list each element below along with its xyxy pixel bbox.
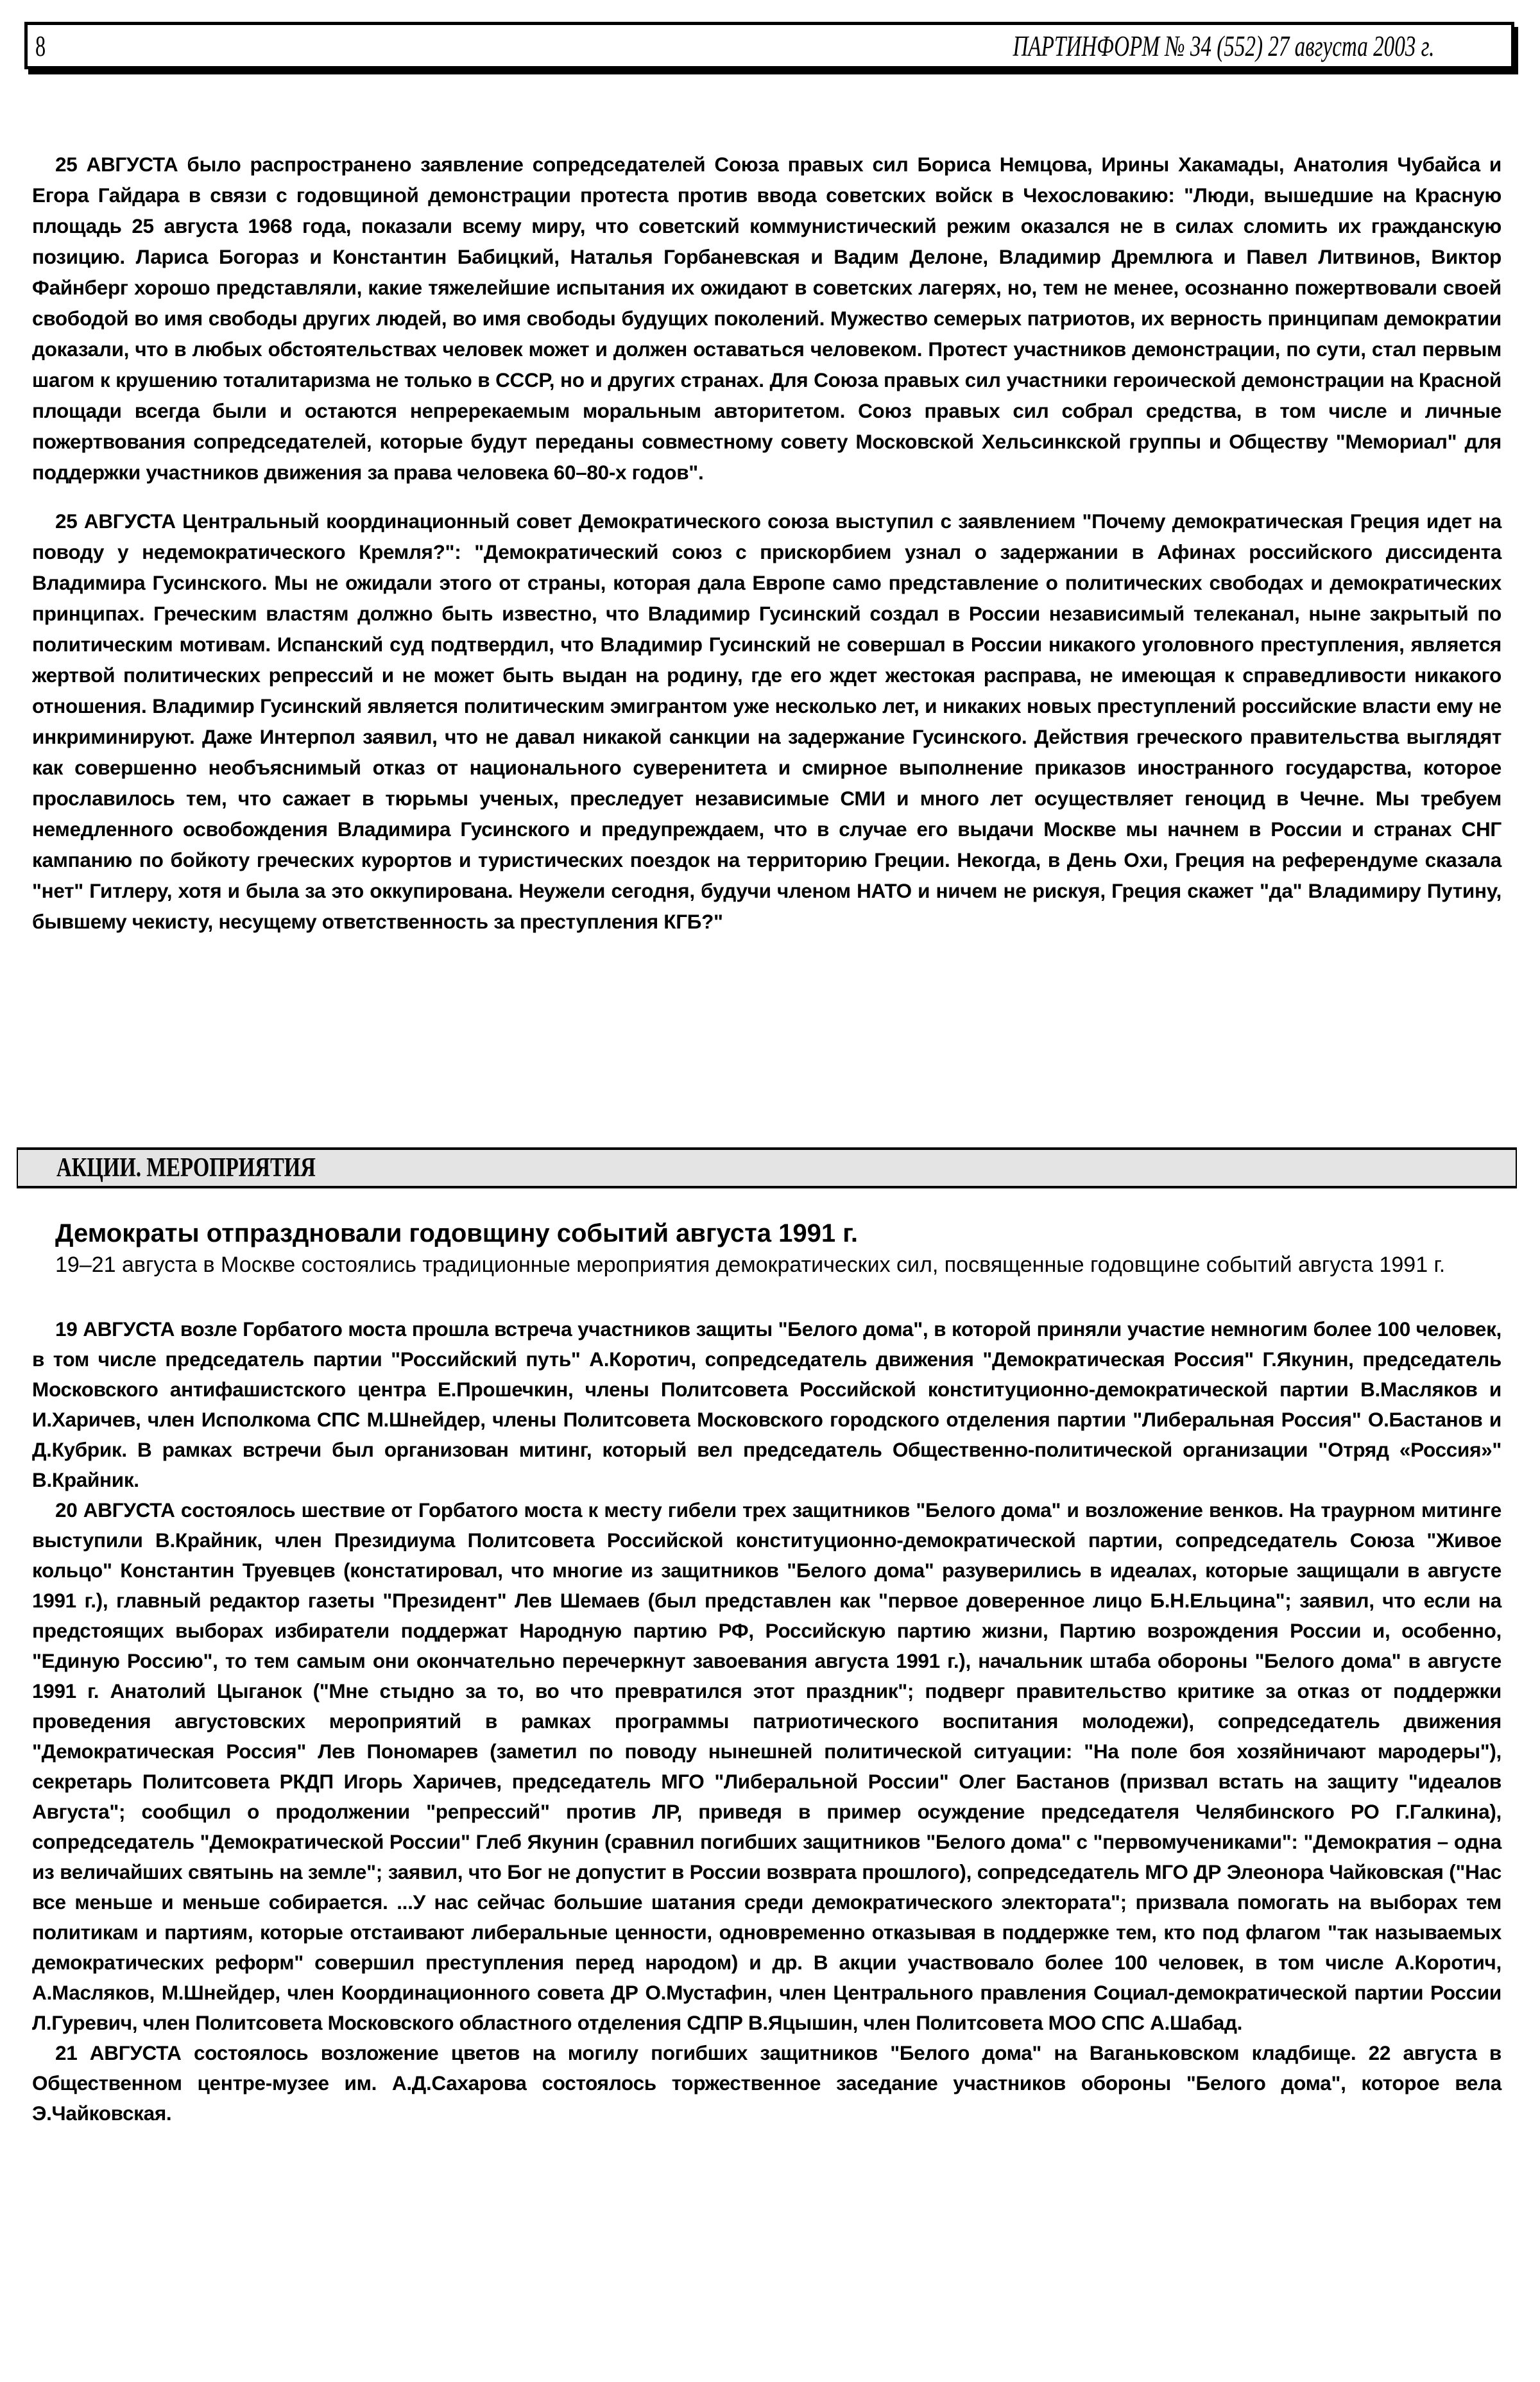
article-body: 19 АВГУСТА возле Горбатого моста прошла … bbox=[32, 1314, 1502, 2129]
section-header: АКЦИИ. МЕРОПРИЯТИЯ bbox=[17, 1147, 1517, 1188]
article-paragraph: 21 АВГУСТА состоялось возложение цветов … bbox=[32, 2038, 1502, 2129]
issue-line: ПАРТИНФОРМ № 34 (552) 27 августа 2003 г. bbox=[1013, 29, 1434, 63]
article-lede: 19–21 августа в Москве состоялись традиц… bbox=[32, 1250, 1502, 1280]
page-number: 8 bbox=[35, 29, 46, 63]
article-paragraph: 19 АВГУСТА возле Горбатого моста прошла … bbox=[32, 1314, 1502, 1495]
page-header: 8 ПАРТИНФОРМ № 34 (552) 27 августа 2003 … bbox=[24, 22, 1514, 69]
news-block: 25 АВГУСТА было распространено заявление… bbox=[32, 149, 1502, 937]
paragraph-sps-statement: 25 АВГУСТА было распространено заявление… bbox=[32, 149, 1502, 488]
article-title: Демократы отпраздновали годовщину событи… bbox=[55, 1219, 858, 1248]
section-title: АКЦИИ. МЕРОПРИЯТИЯ bbox=[56, 1152, 316, 1183]
article-paragraph: 20 АВГУСТА состоялось шествие от Горбато… bbox=[32, 1495, 1502, 2038]
paragraph-ds-statement: 25 АВГУСТА Центральный координационный с… bbox=[32, 506, 1502, 937]
